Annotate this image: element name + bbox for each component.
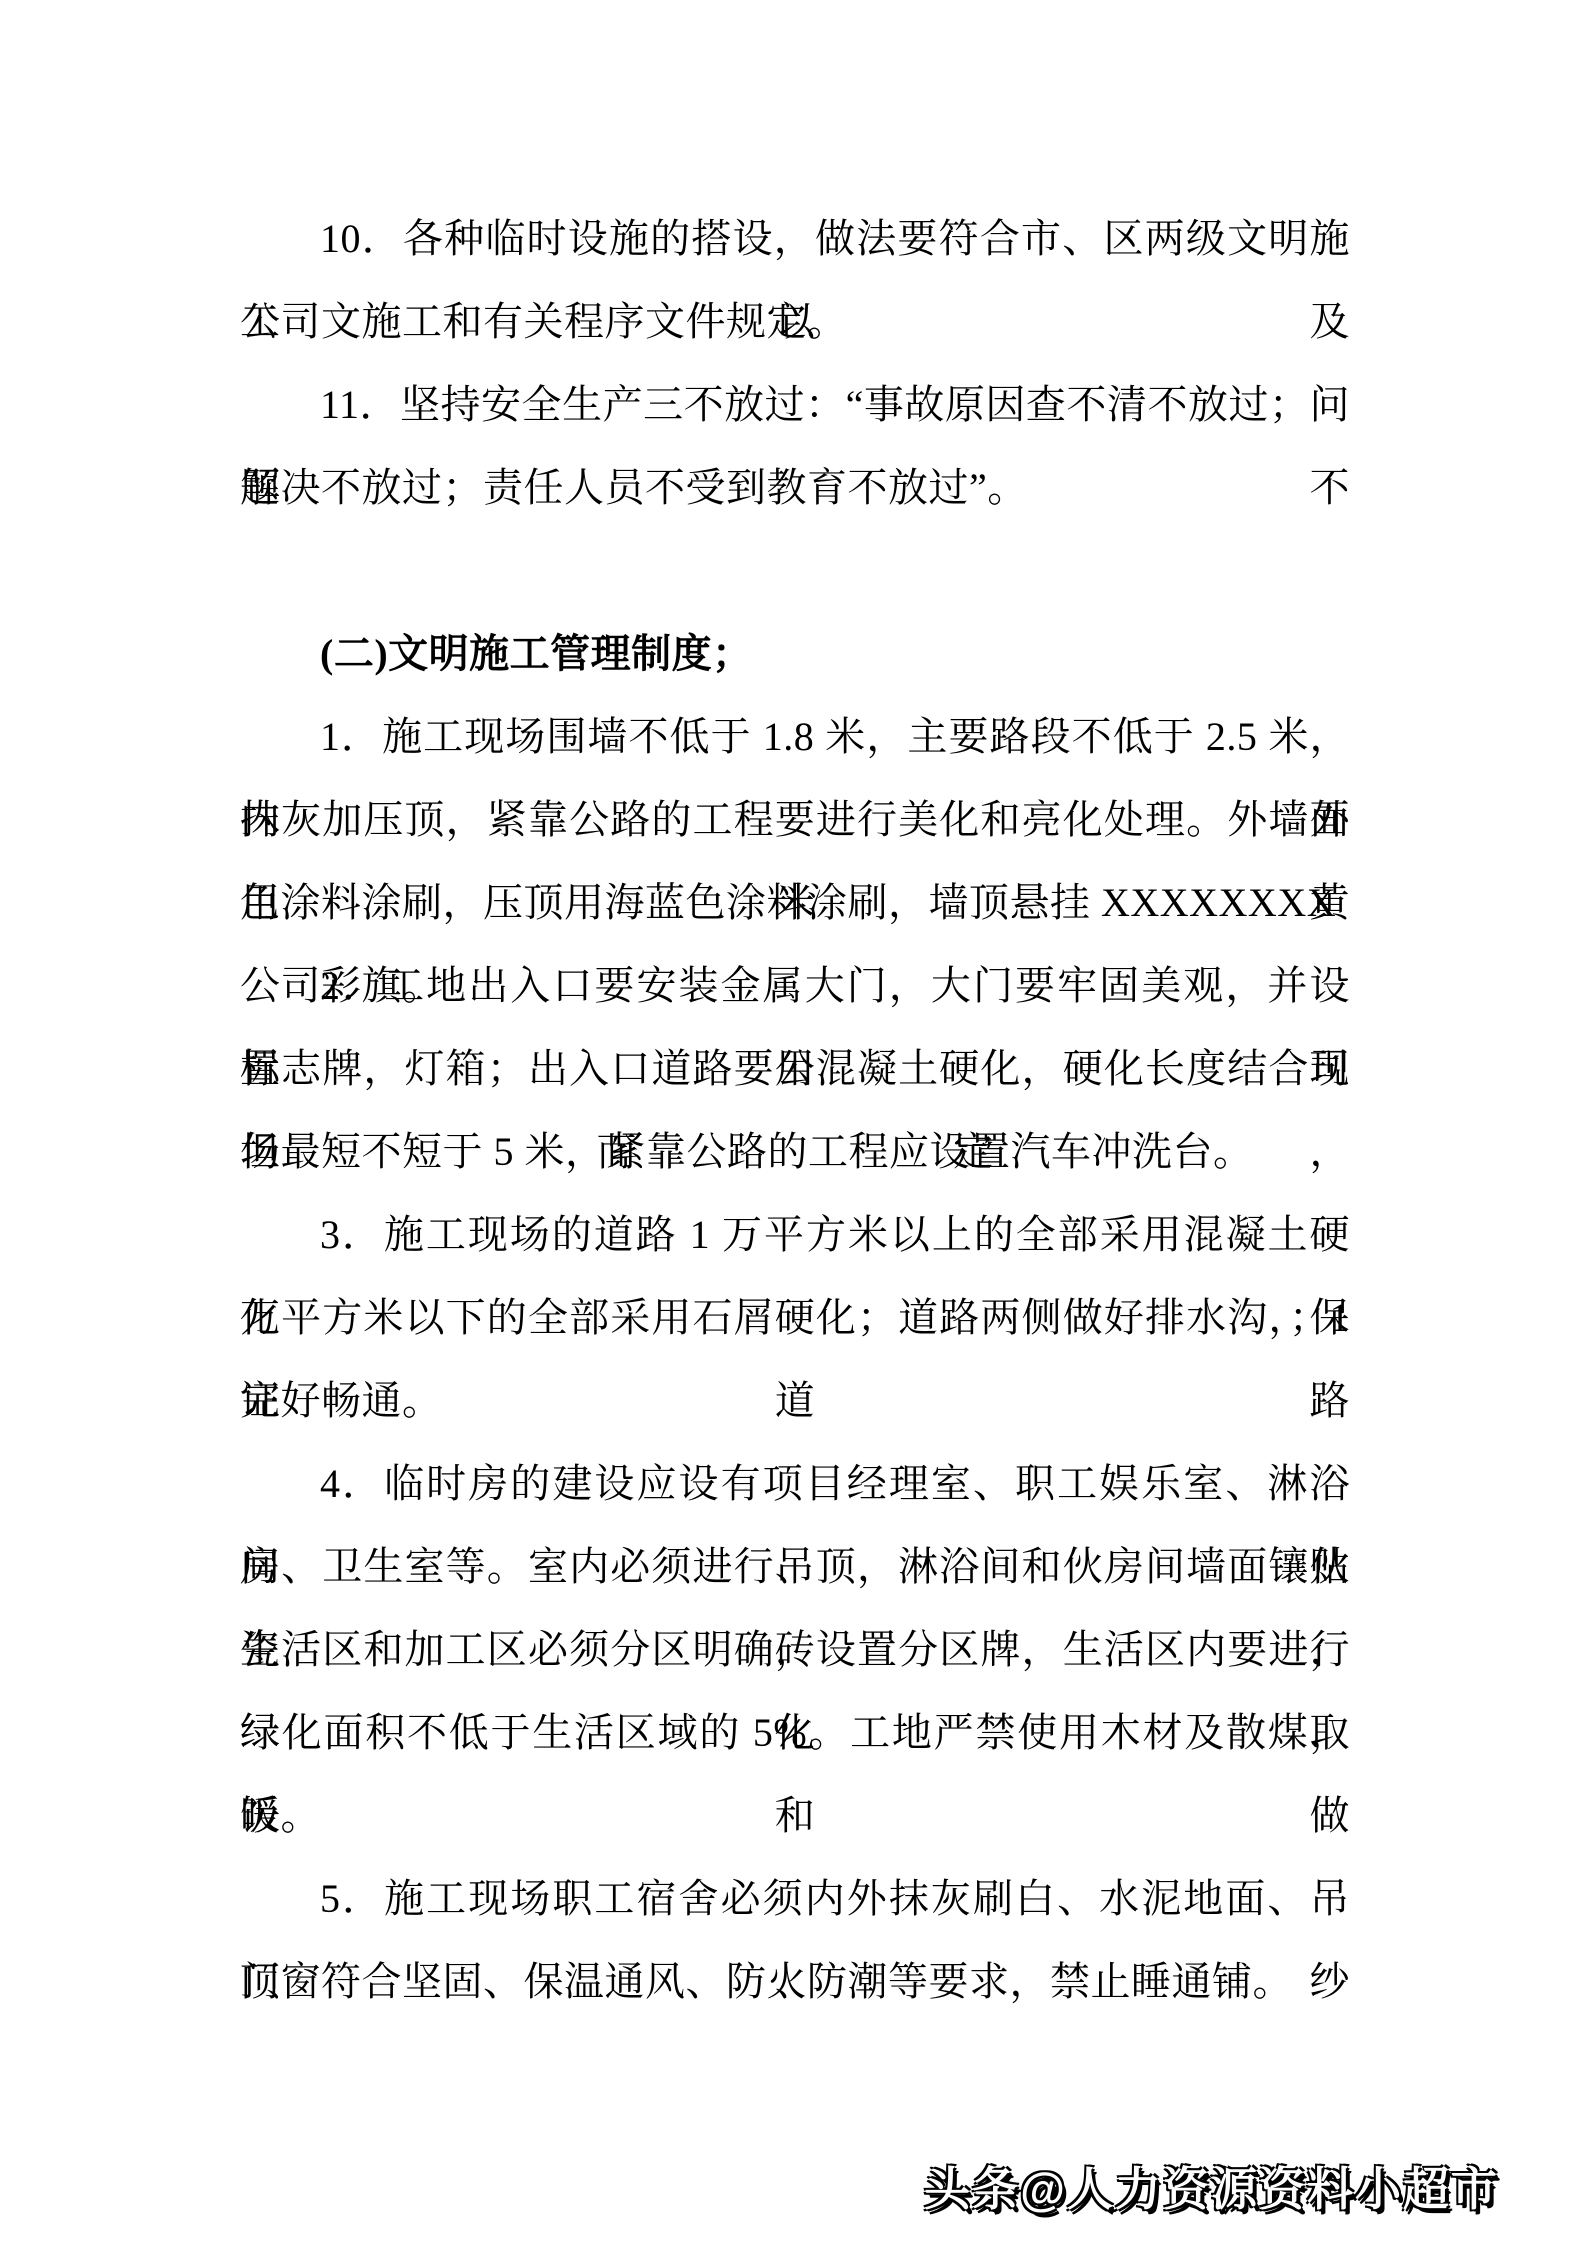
- text-line: (二)文明施工管理制度；: [240, 612, 1350, 695]
- text-line: 1．施工现场围墙不低于 1.8 米，主要路段不低于 2.5 米，内外: [240, 695, 1350, 778]
- blank-line: [240, 529, 1350, 612]
- text-line: 2．工地出入口要安装金属大门，大门要牢固美观，并设置公司: [240, 944, 1350, 1027]
- text-line: 11．坚持安全生产三不放过：“事故原因查不清不放过；问题不: [240, 363, 1350, 446]
- document-page: 10．各种临时设施的搭设，做法要符合市、区两级文明施工以及公司文施工和有关程序文…: [0, 0, 1587, 2245]
- text-line: 但最短不短于 5 米，紧靠公路的工程应设置汽车冲洗台。: [240, 1110, 1350, 1193]
- text-line: 抹灰加压顶，紧靠公路的工程要进行美化和亮化处理。外墙面用米黄: [240, 778, 1350, 861]
- text-line: 房、卫生室等。室内必须进行吊顶，淋浴间和伙房间墙面镶贴瓷砖，: [240, 1525, 1350, 1608]
- text-line: 5．施工现场职工宿舍必须内外抹灰刷白、水泥地面、吊顶、纱: [240, 1857, 1350, 1940]
- text-line: 门窗符合坚固、保温通风、防火防潮等要求，禁止睡通铺。: [240, 1940, 1350, 2023]
- text-line: 生活区和加工区必须分区明确，设置分区牌，生活区内要进行绿化，: [240, 1608, 1350, 1691]
- text-line: 色涂料涂刷，压顶用海蓝色涂料涂刷，墙顶悬挂 XXXXXXXX 公司彩旗。: [240, 861, 1350, 944]
- document-body: 10．各种临时设施的搭设，做法要符合市、区两级文明施工以及公司文施工和有关程序文…: [240, 197, 1350, 2023]
- text-line: 万平方米以下的全部采用石屑硬化；道路两侧做好排水沟，保证道路: [240, 1276, 1350, 1359]
- text-line: 3．施工现场的道路 1 万平方米以上的全部采用混凝土硬化；1: [240, 1193, 1350, 1276]
- text-line: 4．临时房的建设应设有项目经理室、职工娱乐室、淋浴间、伙: [240, 1442, 1350, 1525]
- text-line: 标志牌，灯箱；出入口道路要用混凝土硬化，硬化长度结合现场而定，: [240, 1027, 1350, 1110]
- watermark: 头条@人力资源资料小超市: [924, 2153, 1499, 2219]
- text-line: 10．各种临时设施的搭设，做法要符合市、区两级文明施工以及: [240, 197, 1350, 280]
- text-line: 绿化面积不低于生活区域的 5%。工地严禁使用木材及散煤取暖和做: [240, 1691, 1350, 1774]
